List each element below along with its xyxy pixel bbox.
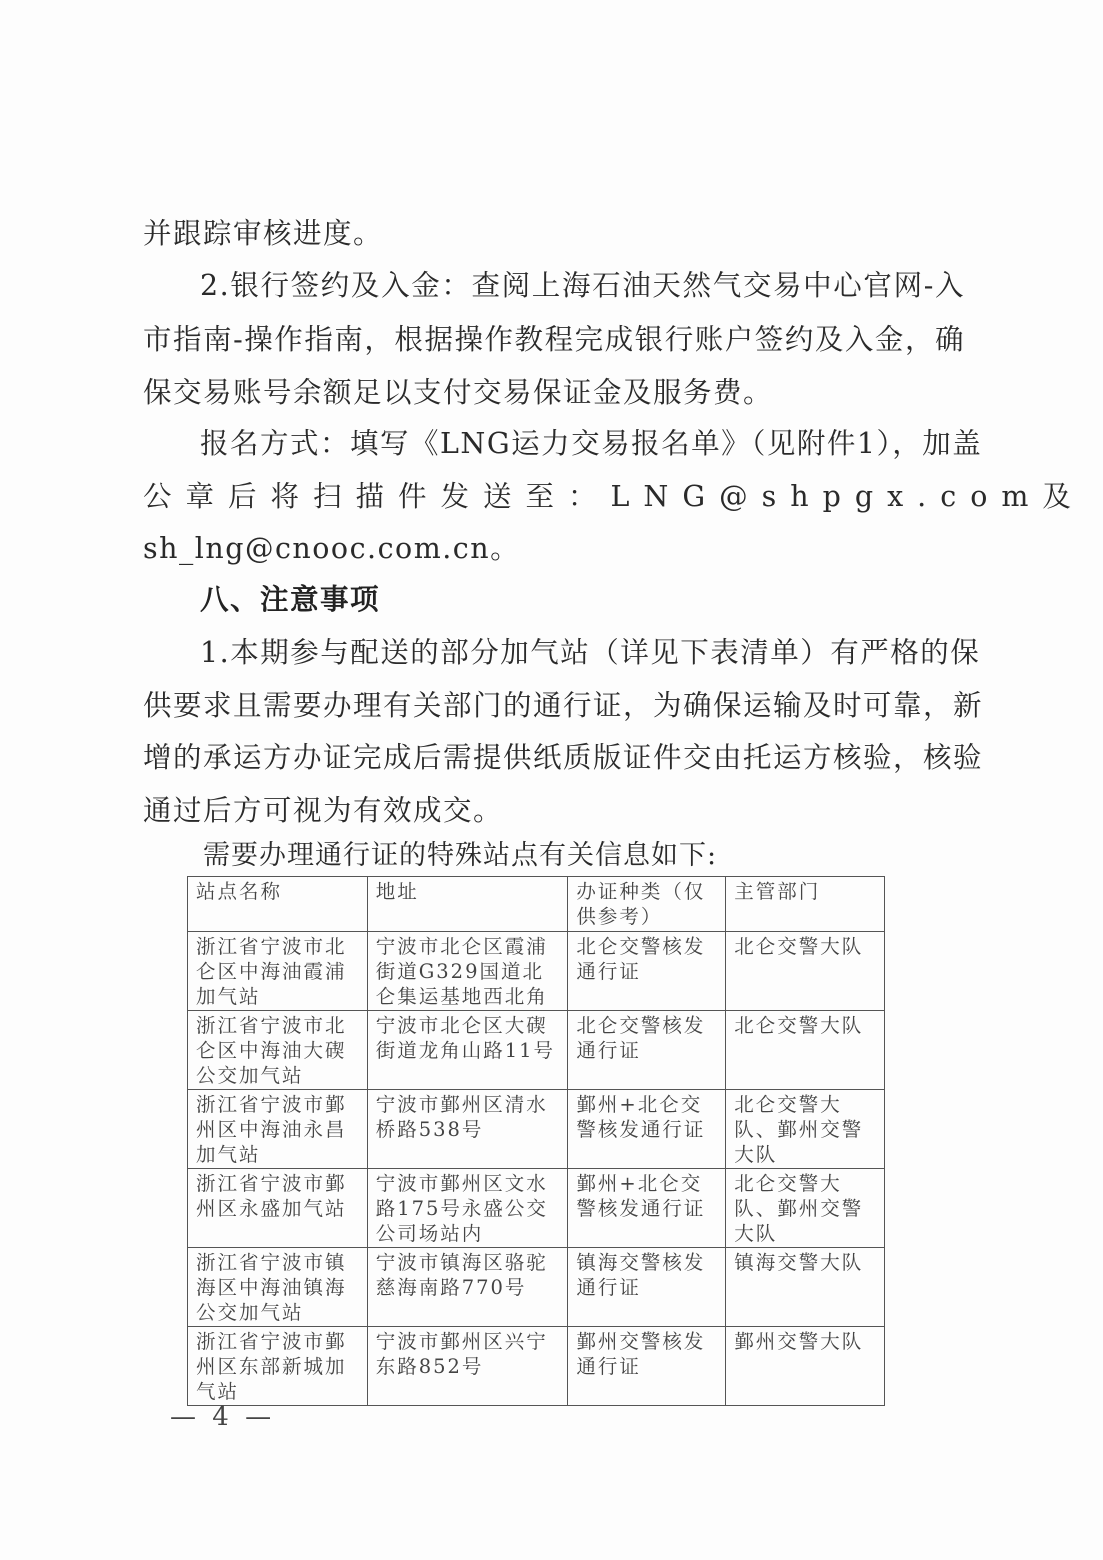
table-row: 浙江省宁波市北仑区中海油大碶公交加气站 宁波市北仑区大碶街道龙角山路11号 北仑… <box>188 1011 885 1090</box>
header-permit-type: 办证种类（仅供参考） <box>568 877 726 932</box>
paragraph-line: 2.银行签约及入金：查阅上海石油天然气交易中心官网-入 <box>200 266 965 306</box>
table-caption: 需要办理通行证的特殊站点有关信息如下: <box>203 838 717 874</box>
cell-station-name: 浙江省宁波市鄞州区中海油永昌加气站 <box>188 1090 368 1169</box>
cell-permit-type: 北仑交警核发通行证 <box>568 1011 726 1090</box>
paragraph-line: 1.本期参与配送的部分加气站（详见下表清单）有严格的保 <box>200 633 965 673</box>
cell-station-name: 浙江省宁波市北仑区中海油霞浦加气站 <box>188 932 368 1011</box>
cell-address: 宁波市鄞州区兴宁东路852号 <box>367 1327 568 1406</box>
cell-department: 北仑交警大队 <box>726 932 885 1011</box>
cell-address: 宁波市镇海区骆驼慈海南路770号 <box>367 1248 568 1327</box>
header-department: 主管部门 <box>726 877 885 932</box>
header-station-name: 站点名称 <box>188 877 368 932</box>
cell-station-name: 浙江省宁波市北仑区中海油大碶公交加气站 <box>188 1011 368 1090</box>
cell-address: 宁波市鄞州区文水路175号永盛公交公司场站内 <box>367 1169 568 1248</box>
paragraph-line: 报名方式：填写《LNG运力交易报名单》（见附件1），加盖 <box>200 424 965 464</box>
page-number: — 4 — <box>170 1402 275 1432</box>
cell-permit-type: 镇海交警核发通行证 <box>568 1248 726 1327</box>
cell-station-name: 浙江省宁波市鄞州区东部新城加气站 <box>188 1327 368 1406</box>
cell-department: 北仑交警大队、鄞州交警大队 <box>726 1169 885 1248</box>
paragraph-line: 并跟踪审核进度。 <box>143 214 965 254</box>
paragraph-line: 保交易账号余额足以支付交易保证金及服务费。 <box>143 373 965 413</box>
paragraph-line: 市指南-操作指南，根据操作教程完成银行账户签约及入金，确 <box>143 320 965 360</box>
cell-department: 北仑交警大队、鄞州交警大队 <box>726 1090 885 1169</box>
cell-department: 镇海交警大队 <box>726 1248 885 1327</box>
cell-permit-type: 鄞州交警核发通行证 <box>568 1327 726 1406</box>
cell-station-name: 浙江省宁波市鄞州区永盛加气站 <box>188 1169 368 1248</box>
table-row: 浙江省宁波市北仑区中海油霞浦加气站 宁波市北仑区霞浦街道G329国道北仑集运基地… <box>188 932 885 1011</box>
email-line: sh_lng@cnooc.com.cn。 <box>143 529 965 569</box>
table-row: 浙江省宁波市鄞州区中海油永昌加气站 宁波市鄞州区清水桥路538号 鄞州+北仑交警… <box>188 1090 885 1169</box>
cell-permit-type: 北仑交警核发通行证 <box>568 932 726 1011</box>
cell-permit-type: 鄞州+北仑交警核发通行证 <box>568 1169 726 1248</box>
paragraph-line: 公章后将扫描件发送至：LNG@shpgx.com及 <box>143 477 965 517</box>
cell-department: 北仑交警大队 <box>726 1011 885 1090</box>
paragraph-line: 增的承运方办证完成后需提供纸质版证件交由托运方核验，核验 <box>143 738 965 778</box>
table-row: 浙江省宁波市鄞州区永盛加气站 宁波市鄞州区文水路175号永盛公交公司场站内 鄞州… <box>188 1169 885 1248</box>
cell-station-name: 浙江省宁波市镇海区中海油镇海公交加气站 <box>188 1248 368 1327</box>
paragraph-line: 供要求且需要办理有关部门的通行证，为确保运输及时可靠，新 <box>143 686 965 726</box>
header-address: 地址 <box>367 877 568 932</box>
cell-permit-type: 鄞州+北仑交警核发通行证 <box>568 1090 726 1169</box>
cell-address: 宁波市北仑区大碶街道龙角山路11号 <box>367 1011 568 1090</box>
paragraph-line: 通过后方可视为有效成交。 <box>143 791 965 831</box>
table-header-row: 站点名称 地址 办证种类（仅供参考） 主管部门 <box>188 877 885 932</box>
section-heading: 八、注意事项 <box>200 580 965 620</box>
cell-address: 宁波市鄞州区清水桥路538号 <box>367 1090 568 1169</box>
table-row: 浙江省宁波市鄞州区东部新城加气站 宁波市鄞州区兴宁东路852号 鄞州交警核发通行… <box>188 1327 885 1406</box>
table-row: 浙江省宁波市镇海区中海油镇海公交加气站 宁波市镇海区骆驼慈海南路770号 镇海交… <box>188 1248 885 1327</box>
cell-address: 宁波市北仑区霞浦街道G329国道北仑集运基地西北角 <box>367 932 568 1011</box>
stations-table: 站点名称 地址 办证种类（仅供参考） 主管部门 浙江省宁波市北仑区中海油霞浦加气… <box>187 876 885 1406</box>
cell-department: 鄞州交警大队 <box>726 1327 885 1406</box>
